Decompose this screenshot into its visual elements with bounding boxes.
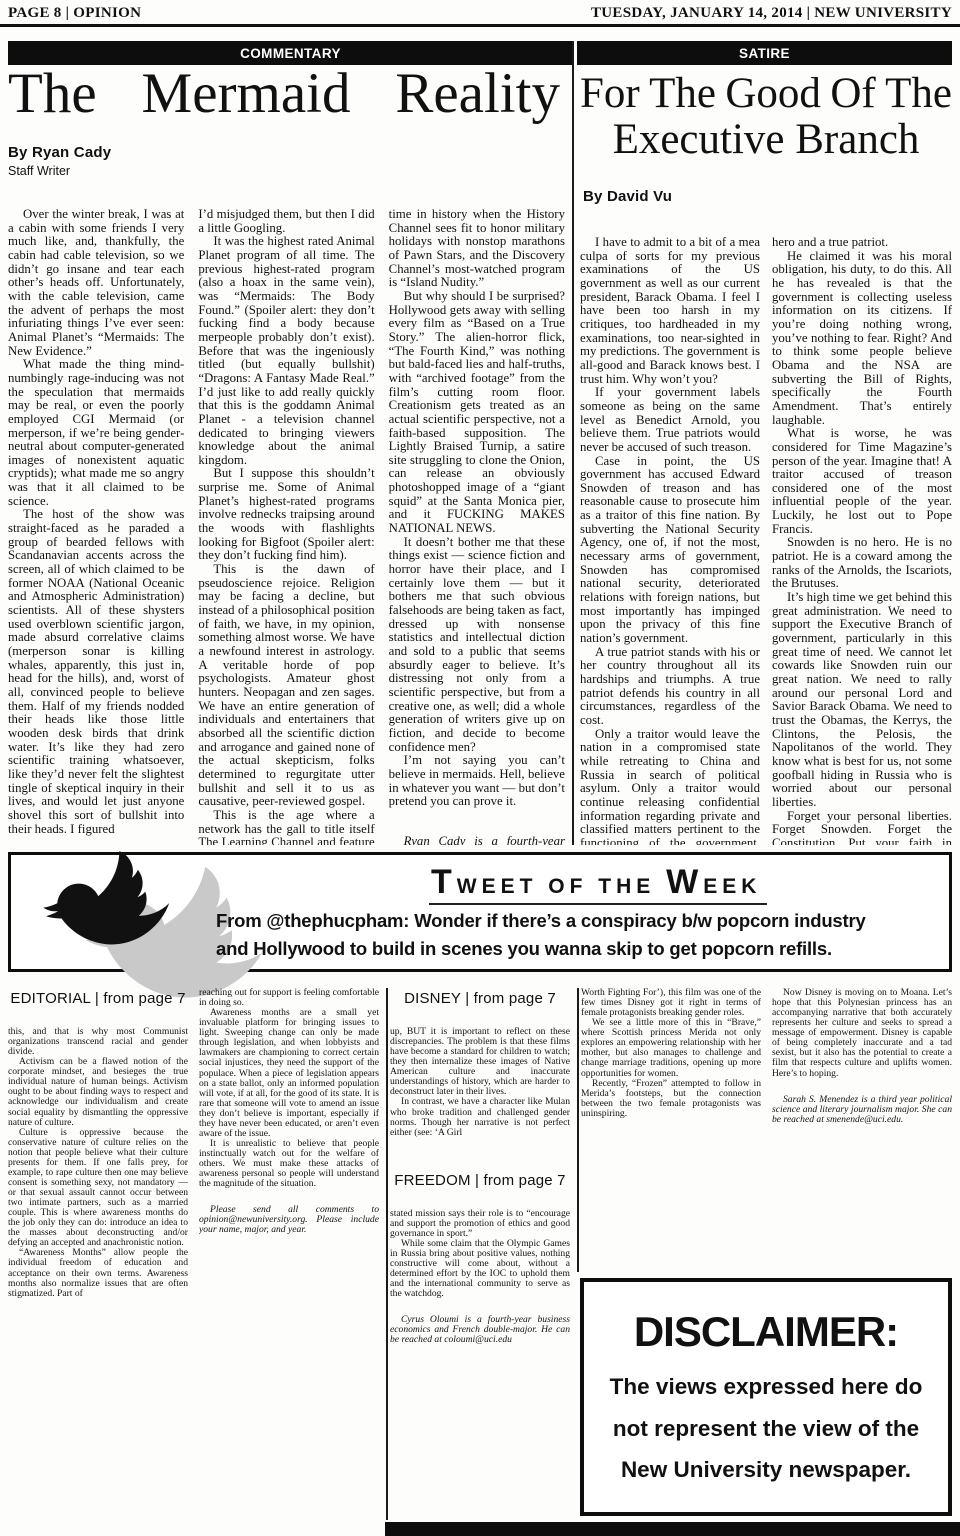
article-paragraph: What is worse, he was considered for Tim… [772,427,952,536]
satire-byline: By David Vu [583,188,672,205]
disclaimer-title: DISCLAIMER: [634,1308,898,1356]
column-divider-vertical [386,988,388,1520]
title-text: weet of the [457,875,666,898]
headline-word: Reality [395,64,560,124]
article-paragraph: Culture is oppressive because the conser… [8,1128,188,1249]
column-divider-vertical [572,41,574,845]
article-paragraph: It was the highest rated Animal Planet p… [198,235,374,467]
masthead-rule [0,24,960,27]
article-paragraph: Now Disney is moving on to Moana. Let’s … [772,988,952,1079]
article-paragraph: It is unrealistic to believe that people… [199,1139,379,1189]
article-paragraph: I have to admit to a bit of a mea culpa … [580,236,760,386]
commentary-byline: By Ryan Cady Staff Writer [8,144,111,178]
commentary-headline: The Mermaid Reality [8,64,560,124]
author-name: By Ryan Cady [8,144,111,161]
article-paragraph: This is the dawn of pseudoscience rejoic… [198,563,374,809]
article-paragraph: up, BUT it is important to reflect on th… [390,1027,570,1097]
article-paragraph: “Awareness Months” allow people the indi… [8,1248,188,1298]
masthead: PAGE 8 | OPINION TUESDAY, JANUARY 14, 20… [8,5,952,22]
article-paragraph: I’m not saying you can’t believe in merm… [389,754,565,809]
commentary-article-body: Over the winter break, I was at a cabin … [8,208,565,845]
article-paragraph: Over the winter break, I was at a cabin … [8,208,184,358]
satire-headline-line2: Executive Branch [580,115,952,164]
article-paragraph: If your government labels someone as bei… [580,386,760,454]
bottom-black-bar [385,1522,960,1536]
author-signoff: Cyrus Oloumi is a fourth-year business e… [390,1315,570,1345]
commentary-column-1: Over the winter break, I was at a cabin … [8,208,184,845]
article-paragraph: Worth Fighting For’), this film was one … [581,988,761,1018]
article-paragraph: A true patriot stands with his or her co… [580,646,760,728]
article-paragraph: While some claim that the Olympic Games … [390,1239,570,1299]
article-paragraph: stated mission says their role is to “en… [390,1209,570,1239]
article-paragraph: time in history when the History Channel… [389,208,565,290]
title-dropcap: T [431,863,457,901]
satire-column-2: hero and a true patriot.He claimed it wa… [772,236,952,845]
author-name: By David Vu [583,188,672,205]
article-paragraph: Awareness months are a small yet invalua… [199,1008,379,1139]
headline-word: The [885,72,952,115]
article-paragraph: Activism can be a flawed notion of the c… [8,1057,188,1127]
article-paragraph: He claimed it was his moral obligation, … [772,250,952,428]
article-paragraph: this, and that is why most Communist org… [8,1027,188,1057]
article-paragraph: It’s high time we get behind this great … [772,591,952,810]
article-paragraph: Case in point, the US government has acc… [580,455,760,646]
satire-section-label: SATIRE [739,46,790,61]
article-paragraph: hero and a true patriot. [772,236,952,250]
author-signoff: Sarah S. Menendez is a third year politi… [772,1095,952,1125]
headline-word: For [580,72,640,115]
article-paragraph: But why should I be surprised? Hollywood… [389,290,565,536]
headline-word: Of [830,72,875,115]
satire-column-1: I have to admit to a bit of a mea culpa … [580,236,760,845]
author-role: Staff Writer [8,164,111,178]
article-paragraph: The host of the show was straight-faced … [8,508,184,836]
tweet-text: From @thephucpham: Wonder if there’s a c… [216,907,876,963]
headline-word: Good [725,72,821,115]
article-paragraph: Recently, “Frozen” attempted to follow i… [581,1079,761,1119]
article-paragraph: Snowden is no hero. He is no patriot. He… [772,536,952,591]
continued-from-header: EDITORIAL | from page 7 [8,990,188,1007]
newspaper-page: PAGE 8 | OPINION TUESDAY, JANUARY 14, 20… [0,0,960,1536]
article-paragraph: It doesn’t bother me that these things e… [389,536,565,755]
tweet-of-the-week-box: Tweet of the Week From @thephucpham: Won… [8,852,952,972]
commentary-column-3: time in history when the History Channel… [389,208,565,845]
article-paragraph: Forget your personal liberties. Forget S… [772,810,952,845]
editorial-continued-column: EDITORIAL | from page 7this, and that is… [8,988,188,1520]
article-paragraph: This is the age where a network has the … [198,809,374,845]
disclaimer-box: DISCLAIMER: The views expressed here do … [580,1278,952,1516]
column-divider-vertical [577,988,579,1272]
commentary-column-2: I’d misjudged them, but then I did a lit… [198,208,374,845]
satire-article-body: I have to admit to a bit of a mea culpa … [580,236,952,845]
headline-word: Mermaid [142,64,351,124]
article-paragraph: We see a little more of this in “Brave,”… [581,1018,761,1078]
continued-from-header: DISNEY | from page 7 [390,990,570,1007]
title-text: eek [703,875,761,898]
article-paragraph: Only a traitor would leave the nation in… [580,728,760,845]
headline-word: The [649,72,716,115]
satire-headline-line1: For The Good Of The [580,72,952,115]
article-paragraph: What made the thing mind-numbingly rage-… [8,358,184,508]
disney-freedom-continued-column: DISNEY | from page 7up, BUT it is import… [390,988,570,1520]
article-paragraph: But I suppose this shouldn’t surprise me… [198,467,374,563]
tweet-of-the-week-title: Tweet of the Week [429,863,767,905]
satire-section-bar: SATIRE [577,41,952,65]
article-paragraph: In contrast, we have a character like Mu… [390,1097,570,1137]
masthead-page-section: PAGE 8 | OPINION [8,5,141,22]
disclaimer-body: The views expressed here do not represen… [601,1366,931,1491]
continued-from-header: FREEDOM | from page 7 [390,1172,570,1189]
editorial-continued-column-2: reaching out for support is feeling comf… [199,988,379,1520]
article-paragraph: I’d misjudged them, but then I did a lit… [198,208,374,235]
headline-word: The [8,64,97,124]
title-dropcap: W [666,863,703,901]
author-signoff: Please send all comments to opinion@newu… [199,1205,379,1235]
commentary-section-label: COMMENTARY [240,46,341,61]
article-paragraph: reaching out for support is feeling comf… [199,988,379,1008]
satire-headline: For The Good Of The Executive Branch [580,72,952,164]
author-signoff: Ryan Cady is a fourth-year English and c… [389,835,565,845]
masthead-date-title: TUESDAY, JANUARY 14, 2014 | NEW UNIVERSI… [591,5,952,22]
